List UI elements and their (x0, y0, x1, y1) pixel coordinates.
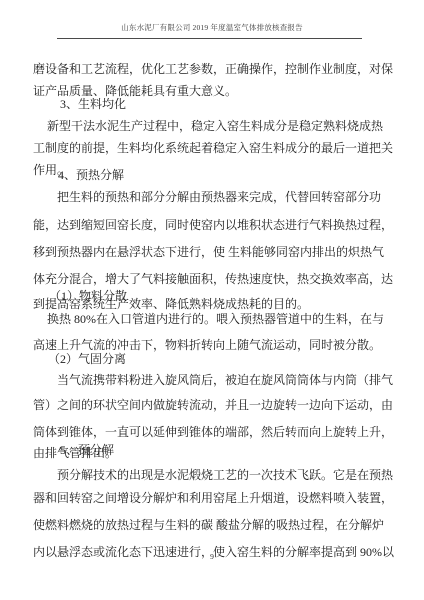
document-page: 山东水泥厂有限公司 2019 年度温室气体排放核查报告 磨设备和工艺流程，优化工… (0, 0, 424, 600)
body-text-line: 使燃料燃烧的放热过程与生料的碳 酸盐分解的吸热过程，在分解炉 (33, 518, 384, 532)
body-text-line: 换热 80%在入口管道内进行的。喂入预热器管道中的生料，在与 (47, 312, 384, 326)
body-text-line: 移到预热器内在悬浮状态下进行，使 生料能够同窑内排出的炽热气 (33, 245, 384, 259)
body-text-line: 筒体到锥体，一直可以延伸到锥体的端部，然后转而向上旋转上升， (33, 425, 393, 439)
body-text-line: 管）之间的环状空间内做旋转流动，并且一边旋转一边向下运动，由 (33, 398, 393, 412)
body-text-line: 预分解技术的出现是水泥煅烧工艺的一次技术飞跃。它是在预热 (57, 468, 393, 482)
body-text-line: 工制度的前提，生料均化系统起着稳定入窑生料成分的最后一道把关 (33, 141, 393, 155)
section-heading-precalcining: 5、预分解 (60, 443, 114, 457)
body-text-line: 器和回转窑之间增设分解炉和利用窑尾上升烟道，设燃料喷入装置， (33, 491, 393, 505)
sub-heading-gas-solid-separation: （2）气固分离 (48, 352, 126, 366)
header-rule (57, 38, 362, 39)
body-text-line: 证产品质量、降低能耗具有重大意义。 (33, 84, 237, 98)
body-text-line: 体充分混合，增大了气料接触面积，传热速度快，热交换效率高，达 (33, 272, 393, 286)
section-heading-raw-meal-homogenization: 3、生料均化 (60, 97, 126, 111)
page-header-title: 山东水泥厂有限公司 2019 年度温室气体排放核查报告 (0, 22, 424, 33)
body-text-line: 磨设备和工艺流程，优化工艺参数，正确操作，控制作业制度，对保 (33, 62, 393, 76)
body-text-line: 新型干法水泥生产过程中，稳定入窑生料成分是稳定熟料烧成热 (47, 119, 383, 133)
section-heading-preheat-decomposition: 4、预热分解 (58, 168, 124, 182)
body-text-line: 当气流携带料粉进入旋风筒后，被迫在旋风筒筒体与内筒（排气 (57, 373, 393, 387)
body-text-line: 高速上升气流的冲击下，物料折转向上随气流运动，同时被分散。 (33, 338, 381, 352)
body-text-line: 能，达到缩短回窑长度，同时使窑内以堆积状态进行气料换热过程， (33, 218, 393, 232)
body-text-line: 把生料的预热和部分分解由预热器来完成，代替回转窑部分功 (57, 190, 381, 204)
page-number: 9 (0, 552, 424, 561)
body-text-line: 到提高窑系统生产效率、降低熟料烧成热耗的目的。 (33, 297, 309, 311)
